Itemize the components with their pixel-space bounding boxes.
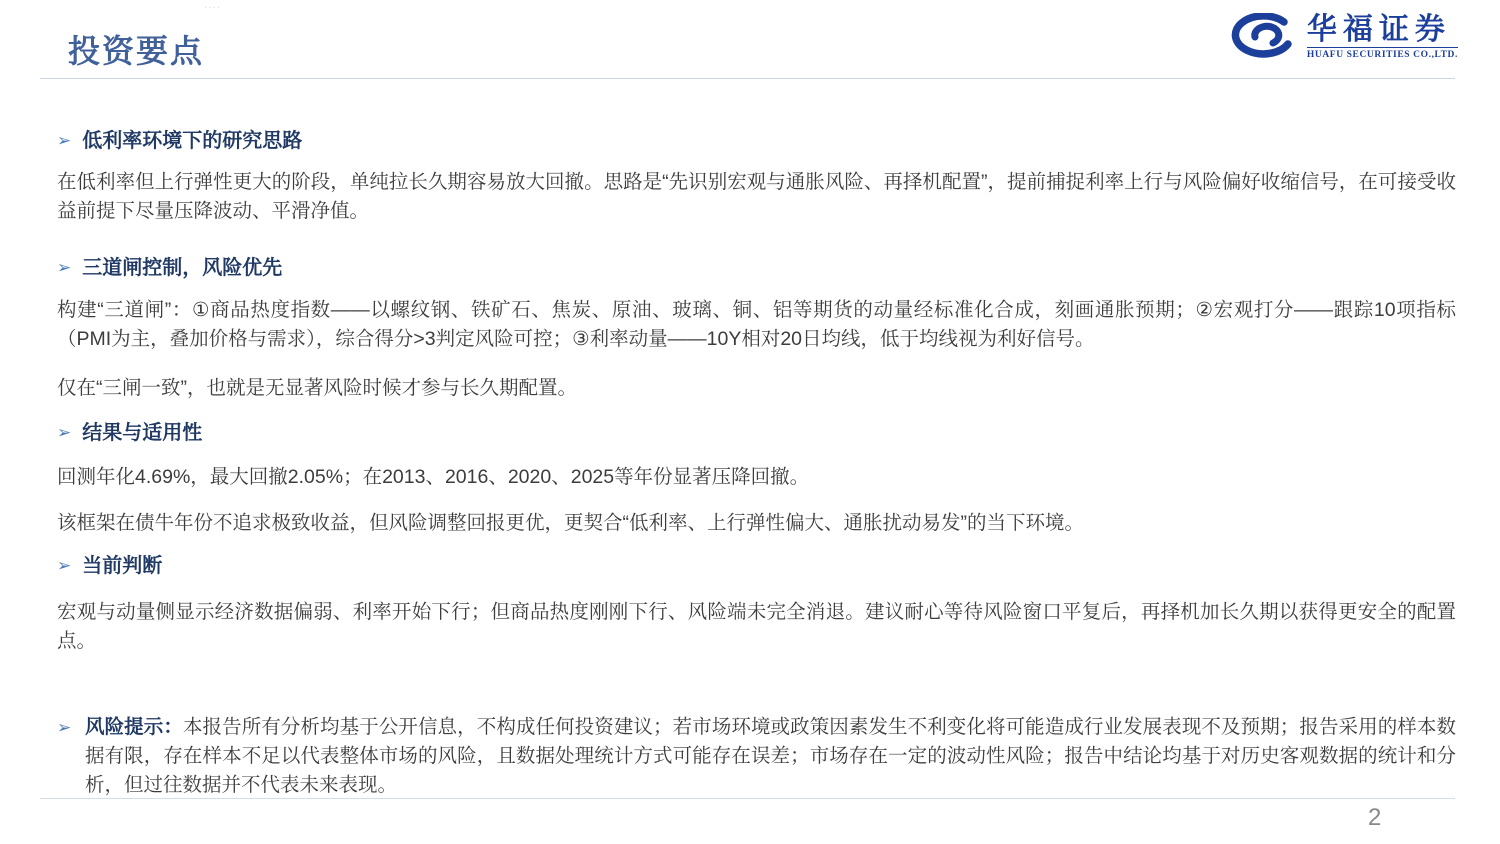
section-heading-three-gates: ➢ 三道闸控制，风险优先	[57, 255, 1456, 282]
company-logo: 华福证券 HUAFU SECURITIES CO.,LTD.	[1231, 13, 1458, 61]
slide-content: ➢ 低利率环境下的研究思路 在低利率但上行弹性更大的阶段，单纯拉长久期容易放大回…	[57, 128, 1456, 800]
risk-text: 本报告所有分析均基于公开信息，不构成任何投资建议；若市场环境或政策因素发生不利变…	[85, 716, 1456, 796]
logo-name-en: HUAFU SECURITIES CO.,LTD.	[1307, 47, 1458, 60]
arrow-bullet-icon: ➢	[57, 420, 71, 446]
section-heading-current-view: ➢ 当前判断	[57, 553, 1456, 580]
section-paragraph: 在低利率但上行弹性更大的阶段，单纯拉长久期容易放大回撤。思路是“先识别宏观与通胀…	[57, 168, 1456, 226]
logo-name-cn: 华福证券	[1307, 14, 1451, 46]
page-title: 投资要点	[68, 26, 204, 72]
section-paragraph: 该框架在债牛年份不追求极致收益，但风险调整回报更优，更契合“低利率、上行弹性偏大…	[57, 509, 1456, 538]
section-heading-results: ➢ 结果与适用性	[57, 420, 1456, 447]
section-paragraph: 回测年化4.69%，最大回撤2.05%；在2013、2016、2020、2025…	[57, 463, 1456, 492]
header-divider	[40, 78, 1455, 79]
section-paragraph: 仅在“三闸一致”，也就是无显著风险时候才参与长久期配置。	[57, 374, 1456, 403]
arrow-bullet-icon: ➢	[57, 128, 71, 154]
risk-label: 风险提示：	[85, 716, 183, 738]
footer-divider	[40, 798, 1455, 799]
section-heading-label: 当前判断	[82, 553, 162, 579]
page-number: 2	[1368, 804, 1381, 832]
section-heading-label: 结果与适用性	[82, 420, 202, 446]
section-paragraph: 构建“三道闸”：①商品热度指数——以螺纹钢、铁矿石、焦炭、原油、玻璃、铜、铝等期…	[57, 296, 1456, 354]
slide: ···· 投资要点 华福证券 HUAFU SECURITIES CO.,LTD.…	[0, 0, 1500, 844]
arrow-bullet-icon: ➢	[57, 713, 71, 742]
section-heading-label: 三道闸控制，风险优先	[82, 255, 282, 281]
section-heading-research-approach: ➢ 低利率环境下的研究思路	[57, 128, 1456, 155]
huafu-swirl-icon	[1231, 13, 1297, 61]
section-paragraph: 宏观与动量侧显示经济数据偏弱、利率开始下行；但商品热度刚刚下行、风险端未完全消退…	[57, 598, 1456, 656]
arrow-bullet-icon: ➢	[57, 255, 71, 281]
risk-disclaimer: ➢风险提示：本报告所有分析均基于公开信息，不构成任何投资建议；若市场环境或政策因…	[57, 713, 1456, 800]
logo-text: 华福证券 HUAFU SECURITIES CO.,LTD.	[1307, 14, 1458, 60]
section-heading-label: 低利率环境下的研究思路	[82, 128, 302, 154]
arrow-bullet-icon: ➢	[57, 553, 71, 579]
faint-marks: ····	[204, 2, 221, 13]
